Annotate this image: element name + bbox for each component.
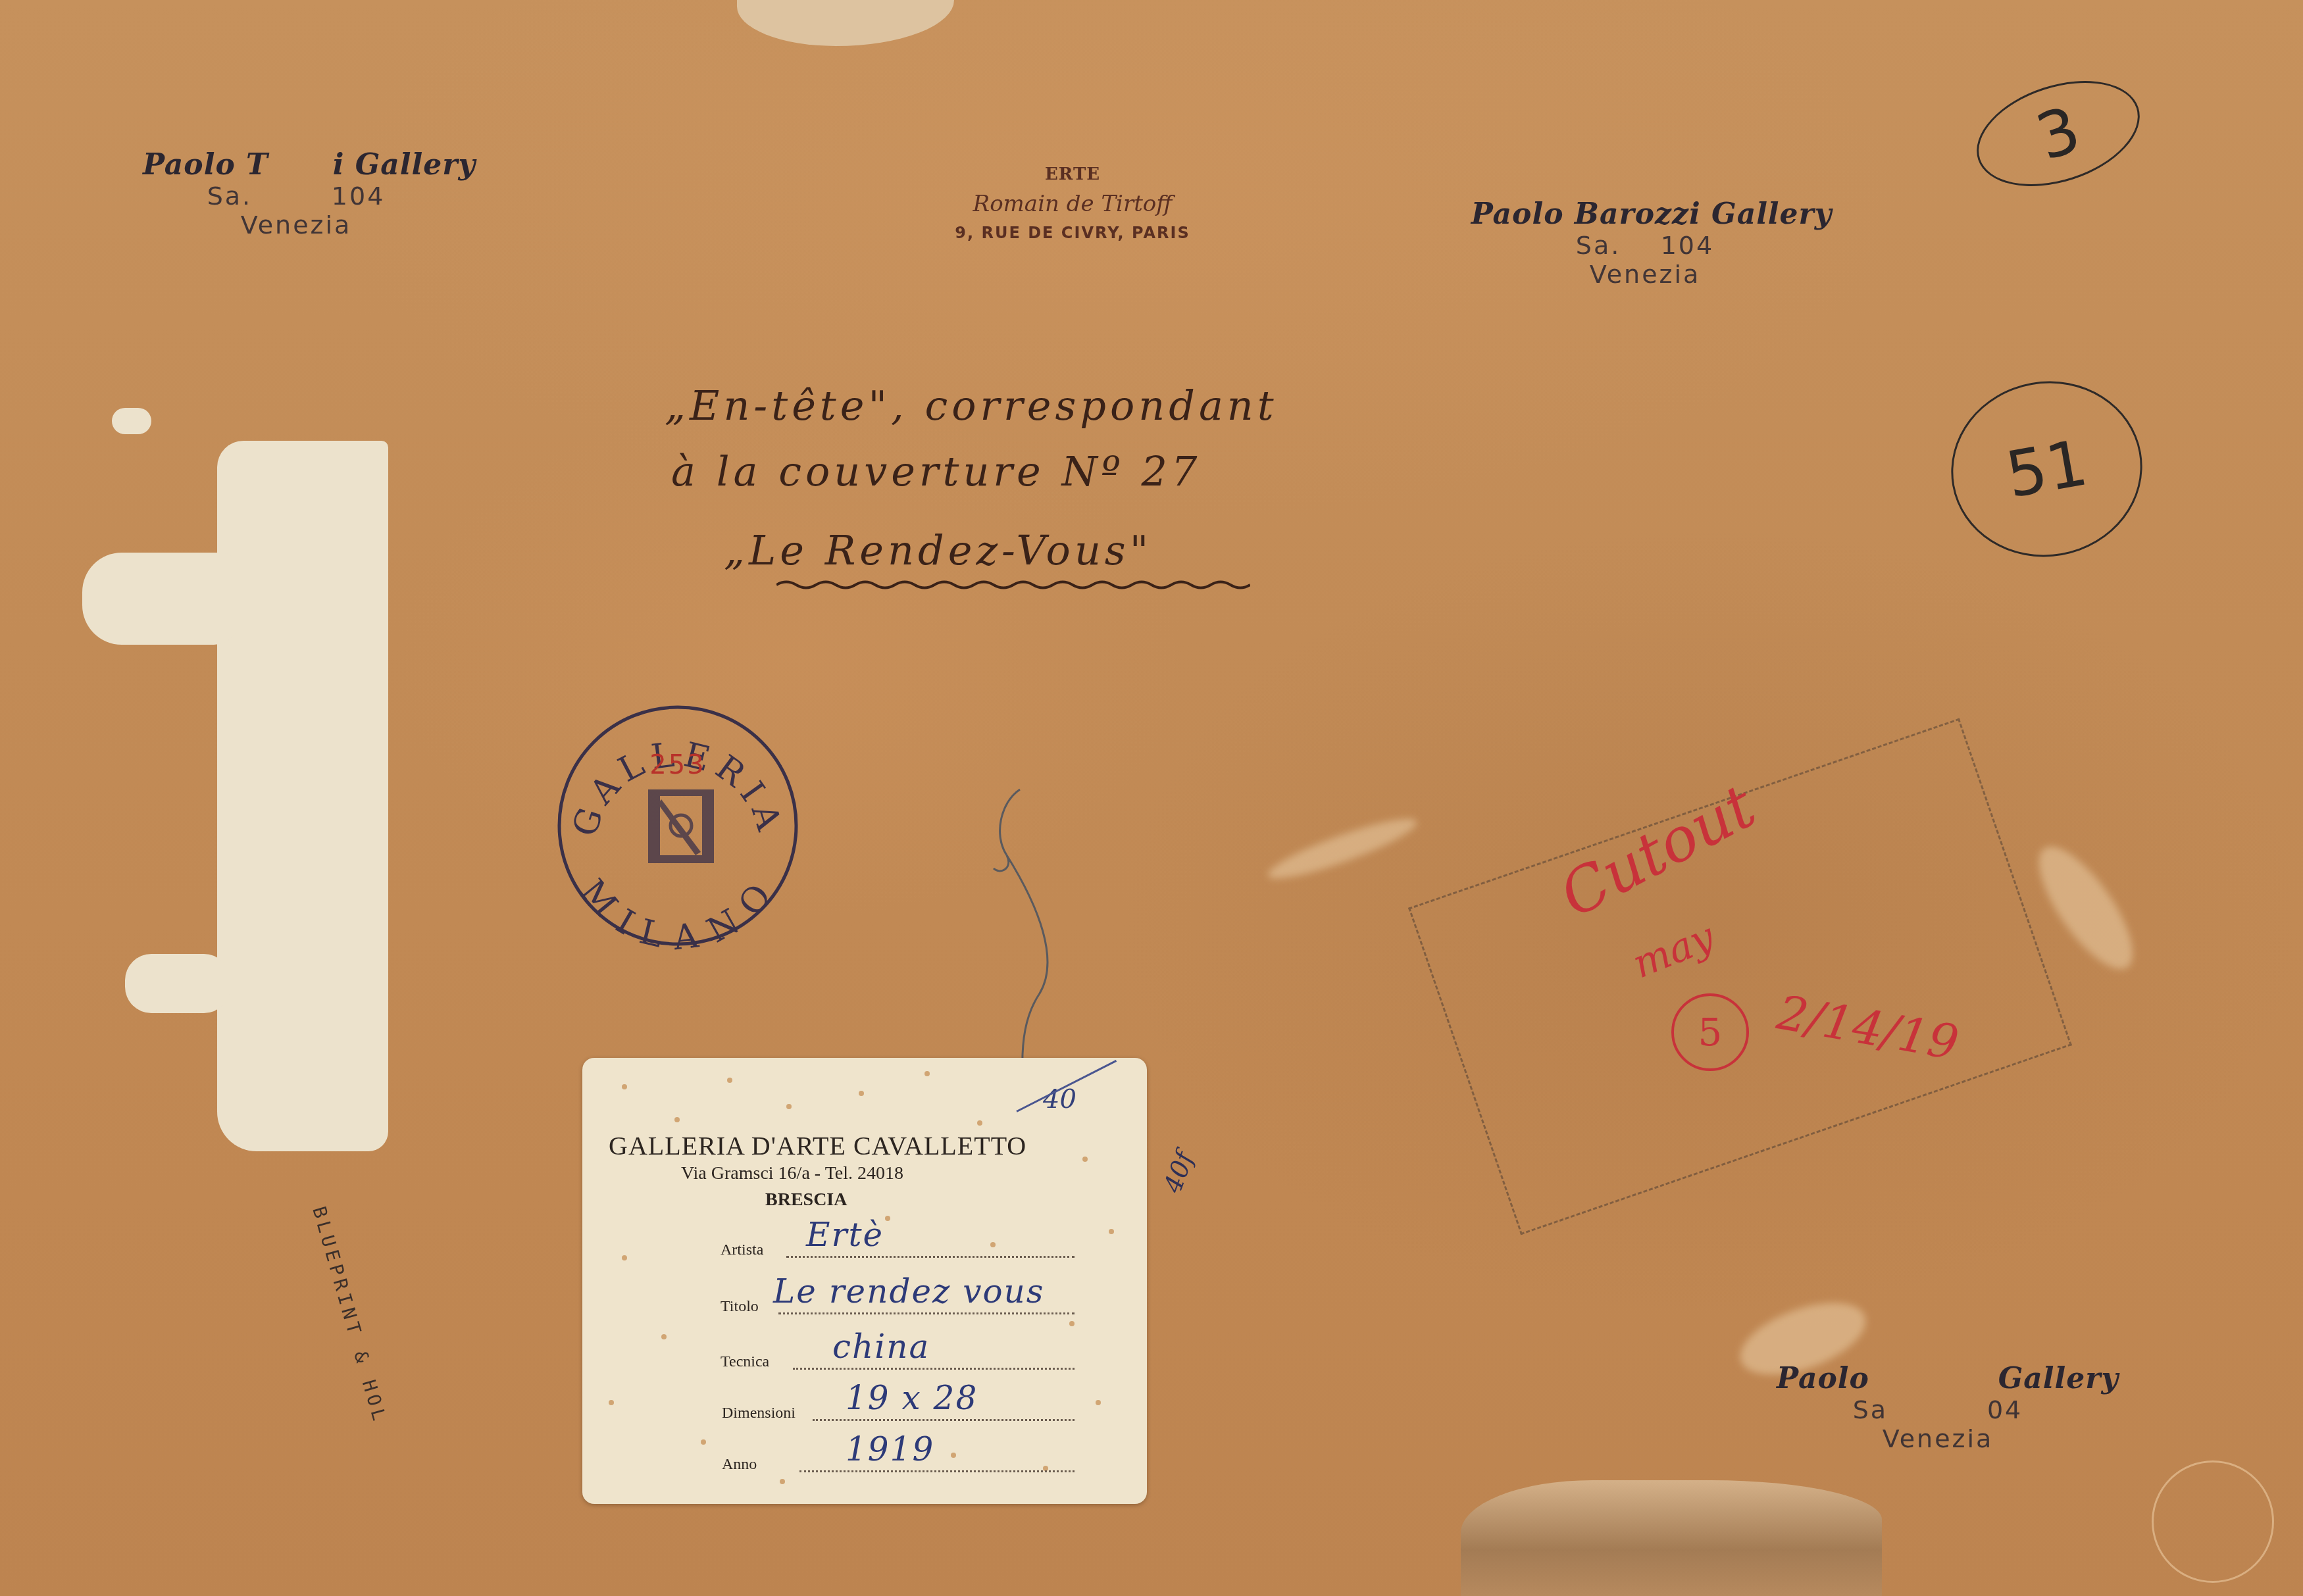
gallery-stamp-top-right: Paolo Barozzi Gallery Sa. 104 Venezia [1454,197,1849,289]
peeled-paper-residue-top [112,408,151,434]
field-value: Le rendez vous [773,1272,1044,1310]
label-gallery-city: BRESCIA [765,1189,847,1210]
label-field-titolo: Titolo Le rendez vous [582,1280,1147,1320]
peeled-paper-residue-left [82,553,240,645]
field-value: Ertè [806,1216,884,1254]
printer-mark: BLUEPRINT & HOL [308,1204,391,1427]
red-circled-number: 5 [1671,993,1749,1071]
gallery-address: Sa 04 [1731,1395,2145,1424]
inscription-line-2: à la couverture Nº 27 [671,447,1201,495]
label-gallery-address: Via Gramsci 16/a - Tel. 24018 [681,1163,903,1184]
paper-stain-top [737,0,954,46]
label-gallery-name: GALLERIA D'ARTE CAVALLETTO [609,1130,1026,1161]
field-value: 19 x 28 [846,1379,978,1417]
gallery-city: Venezia [92,211,500,239]
label-field-tecnica: Tecnica china [582,1335,1147,1375]
dotted-line [778,1312,1075,1314]
galleria-milano-stamp: GALLERIA MILANO 253 [549,697,806,954]
gallery-address: Sa. 104 [1441,231,1849,260]
circled-number-top: 3 [1963,62,2154,205]
gallery-label-card: 40 GALLERIA D'ARTE CAVALLETTO Via Gramsc… [582,1058,1147,1504]
stamp-inventory-number: 253 [642,750,714,780]
peeled-paper-residue [217,441,388,1151]
erte-full-name: Romain de Tirtoff [948,191,1198,217]
gallery-address: Sa. 104 [92,182,500,211]
wavy-underline [776,578,1250,592]
dotted-line [793,1368,1075,1370]
peeled-paper-residue-bottom [125,954,230,1013]
label-field-anno: Anno 1919 [582,1438,1147,1478]
circled-number-bottom: 51 [1937,366,2156,572]
pencil-side-note: 40f [1158,1148,1200,1197]
dotted-line [799,1470,1075,1472]
label-field-dimensioni: Dimensioni 19 x 28 [582,1387,1147,1426]
gallery-stamp-top-left: Paolo T i Gallery Sa. 104 Venezia [118,148,500,239]
pencil-scribble [974,776,1066,1092]
paper-stain-bottom [1461,1480,1882,1596]
field-label: Anno [722,1456,757,1474]
field-label: Dimensioni [722,1405,796,1422]
field-label: Titolo [721,1298,759,1316]
gallery-name: Paolo Barozzi Gallery [1454,197,1849,231]
svg-text:MILANO: MILANO [572,872,784,954]
field-value: 1919 [846,1430,934,1468]
erte-address: 9, RUE DE CIVRY, PARIS [948,224,1198,242]
blind-embossed-stamp [2152,1460,2274,1583]
dotted-line [786,1256,1075,1258]
erte-name: ERTE [948,164,1198,184]
gallery-name: Paolo T i Gallery [118,148,500,182]
gallery-stamp-bottom-right: Paolo Gallery Sa 04 Venezia [1750,1362,2145,1453]
gallery-city: Venezia [1441,260,1849,289]
dotted-line [813,1419,1075,1421]
light-streak [1263,809,1421,888]
field-label: Tecnica [721,1353,769,1371]
gallery-city: Venezia [1731,1424,2145,1453]
erte-stamp: ERTE Romain de Tirtoff 9, RUE DE CIVRY, … [948,164,1198,242]
inscription-title: „Le Rendez-Vous" [724,526,1152,574]
field-value: china [832,1328,930,1366]
label-field-artista: Artista Ertè [582,1224,1147,1263]
backing-board: Paolo T i Gallery Sa. 104 Venezia ERTE R… [0,0,2303,1596]
gallery-name: Paolo Gallery [1750,1362,2145,1395]
round-stamp-ring: GALLERIA MILANO [549,697,806,954]
inscription-line-1: „En-tête", correspondant [665,382,1278,430]
field-label: Artista [721,1241,763,1259]
